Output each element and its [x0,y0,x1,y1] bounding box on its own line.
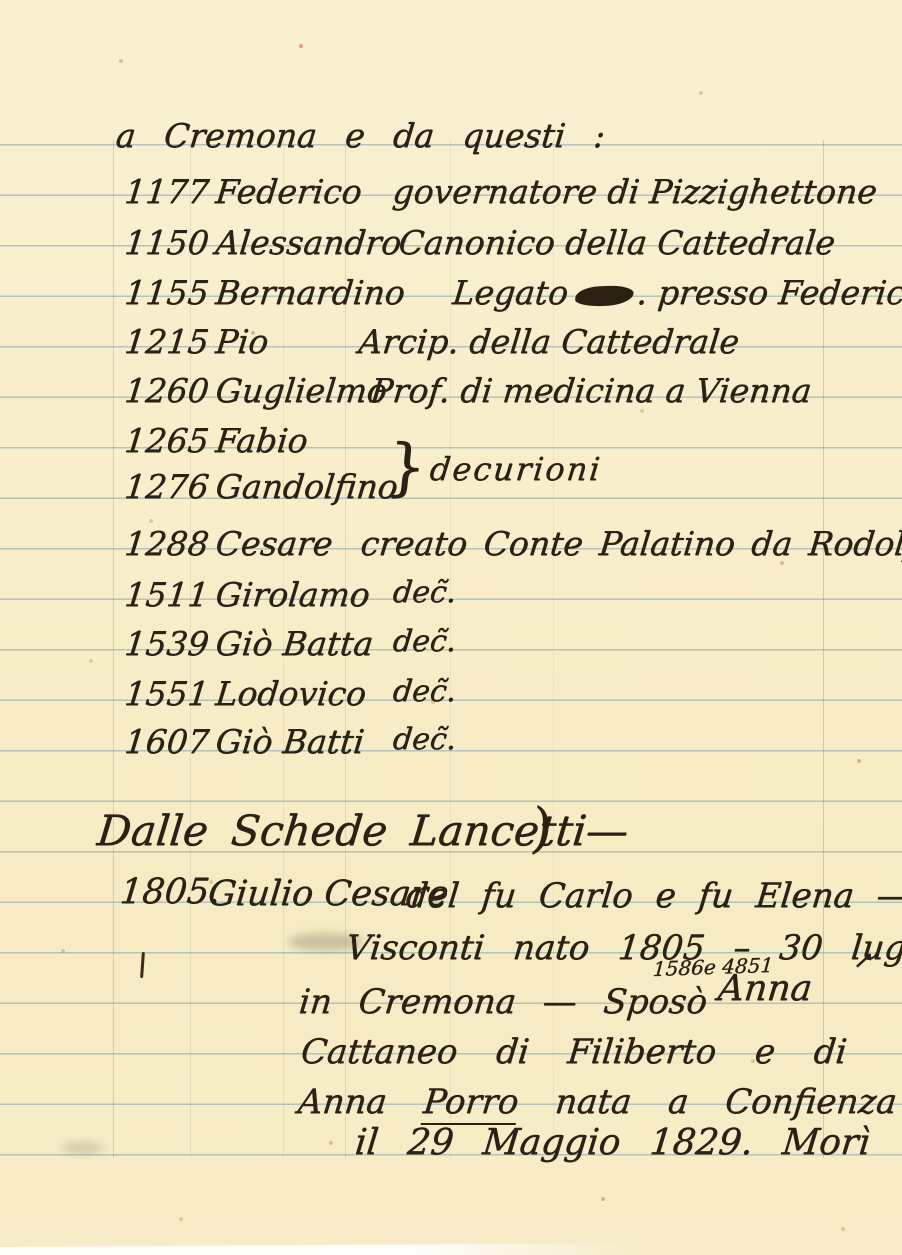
pencil-smudge [62,1142,104,1154]
year-cell: 1155 [123,273,211,312]
name-cell: Federico [214,172,364,211]
entry-line-5: Anna Porro nata a Confienza [296,1082,899,1122]
note-text-after: . presso Federico 1° Imp- [635,273,902,312]
name-cell: Giò Batti [214,722,366,761]
note-cell: dec̃. [391,575,458,610]
entry-line-1: del fu Carlo e fu Elena — [404,876,902,916]
note-cell: Arcip. della Cattedrale [357,322,741,361]
note-cell: Canonico della Cattedrale [397,223,837,262]
year-cell: 1539 [123,624,211,663]
name-cell: Bernardino [214,273,407,312]
name-cell: Alessandro [214,223,404,262]
year-cell: 1177 [123,172,211,211]
note-cell: Legato. presso Federico 1° Imp- [451,273,902,312]
name-cell: Lodovico [214,674,368,713]
name-cell: Girolamo [214,575,372,614]
year-cell: 1265 [123,421,211,460]
year-cell: 1551 [123,674,211,713]
name-cell: Guglielmo [214,371,389,410]
line5-word: Anna [296,1082,389,1122]
year-cell: 1215 [123,322,211,361]
note-cell: governatore di Pizzighettone [391,172,879,211]
name-cell: Pio [214,322,271,361]
inserted-word: Anna [716,968,814,1009]
table-row: 1155 Bernardino Legato. presso Federico … [0,273,902,319]
name-cell: Gandolfino [214,467,400,506]
note-cell: creato Conte Palatino da Rodolfo 1° [359,524,902,563]
page-heading: a Cremona e da questi : [114,116,607,155]
note-cell: dec̃. [391,722,458,757]
note-cell: dec̃. [391,674,458,709]
year-cell: 1511 [123,575,211,614]
insertion-arrow-icon: ↗ [852,946,875,974]
table-row: 1177 Federico governatore di Pizzighetto… [0,172,902,218]
scratched-out-word [575,284,634,307]
note-text-before: Legato [451,273,570,312]
entry-line-4: Cattaneo di Filiberto e di [299,1032,849,1072]
note-cell: Prof. di medicina a Vienna [369,371,814,410]
name-cell: Cesare [214,524,335,563]
table-row: 1551 Lodovico dec̃. [0,674,902,720]
year-cell: 1276 [123,467,211,506]
underlined-word: Porro [421,1082,520,1125]
entry-line-2: Visconti nato 1805 – 30 luglio [344,928,902,968]
year-cell: 1607 [123,722,211,761]
year-cell: 1150 [123,223,211,262]
paper-foxing-specks [0,0,2,2]
table-row: 1607 Giò Batti dec̃. [0,722,902,768]
year-cell: 1288 [123,524,211,563]
table-row: 1150 Alessandro Canonico della Cattedral… [0,223,902,269]
table-row: 1511 Girolamo dec̃. [0,575,902,621]
name-cell: Fabio [214,421,310,460]
table-row: 1539 Giò Batta dec̃. [0,624,902,670]
note-cell: dec̃. [391,624,458,659]
brace-note: decurioni [428,450,604,488]
name-cell: Giò Batta [214,624,376,663]
table-row: 1260 Guglielmo Prof. di medicina a Vienn… [0,371,902,417]
grouping-brace: } [383,430,430,503]
table-row: 1288 Cesare creato Conte Palatino da Rod… [0,524,902,570]
entry-line-6: il 29 Maggio 1829. Morì [353,1122,872,1163]
table-row: 1215 Pio Arcip. della Cattedrale [0,322,902,368]
entry-line-3: in Cremona — Sposò [297,982,709,1022]
line5-rest: nata a Confienza [553,1082,898,1122]
year-cell: 1260 [123,371,211,410]
